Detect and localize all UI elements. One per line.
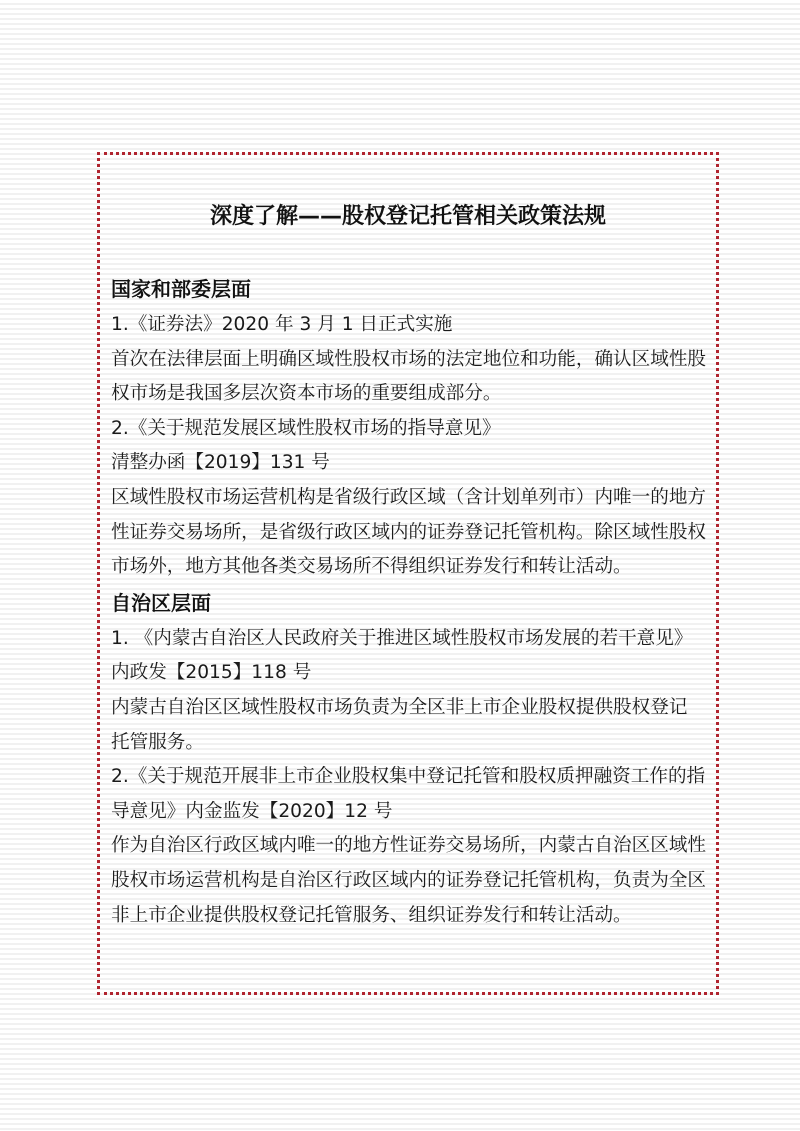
paragraph-line: 非上市企业提供股权登记托管服务、组织证券发行和转让活动。 bbox=[111, 899, 711, 934]
paragraph-line: 作为自治区行政区域内唯一的地方性证券交易场所，内蒙古自治区区域性 bbox=[111, 829, 711, 864]
paragraph-line: 市场外，地方其他各类交易场所不得组织证券发行和转让活动。 bbox=[111, 550, 711, 585]
document-number: 清整办函【2019】131 号 bbox=[111, 446, 711, 481]
section-national: 国家和部委层面 1.《证券法》2020 年 3 月 1 日正式实施 首次在法律层… bbox=[111, 271, 711, 585]
paragraph-line: 股权市场运营机构是自治区行政区域内的证券登记托管机构，负责为全区 bbox=[111, 864, 711, 899]
section-autonomous-region: 自治区层面 1. 《内蒙古自治区人民政府关于推进区域性股权市场发展的若干意见》 … bbox=[111, 585, 711, 933]
paragraph-line: 首次在法律层面上明确区域性股权市场的法定地位和功能，确认区域性股 bbox=[111, 343, 711, 378]
paragraph-line: 权市场是我国多层次资本市场的重要组成部分。 bbox=[111, 377, 711, 412]
item-title: 2.《关于规范开展非上市企业股权集中登记托管和股权质押融资工作的指 bbox=[111, 760, 711, 795]
paragraph-line: 托管服务。 bbox=[111, 726, 711, 761]
paragraph-line: 区域性股权市场运营机构是省级行政区域（含计划单列市）内唯一的地方 bbox=[111, 481, 711, 516]
page-title: 深度了解——股权登记托管相关政策法规 bbox=[100, 199, 716, 230]
document-body: 国家和部委层面 1.《证券法》2020 年 3 月 1 日正式实施 首次在法律层… bbox=[111, 271, 711, 933]
section-heading: 自治区层面 bbox=[111, 585, 711, 622]
paragraph-line: 性证券交易场所，是省级行政区域内的证券登记托管机构。除区域性股权 bbox=[111, 516, 711, 551]
item-title: 导意见》内金监发【2020】12 号 bbox=[111, 795, 711, 830]
item-title: 1.《证券法》2020 年 3 月 1 日正式实施 bbox=[111, 308, 711, 343]
paragraph-line: 内蒙古自治区区域性股权市场负责为全区非上市企业股权提供股权登记 bbox=[111, 691, 711, 726]
item-title: 1. 《内蒙古自治区人民政府关于推进区域性股权市场发展的若干意见》 bbox=[111, 622, 711, 657]
document-number: 内政发【2015】118 号 bbox=[111, 656, 711, 691]
section-heading: 国家和部委层面 bbox=[111, 271, 711, 308]
dotted-content-frame: 深度了解——股权登记托管相关政策法规 国家和部委层面 1.《证券法》2020 年… bbox=[97, 152, 719, 995]
item-title: 2.《关于规范发展区域性股权市场的指导意见》 bbox=[111, 412, 711, 447]
